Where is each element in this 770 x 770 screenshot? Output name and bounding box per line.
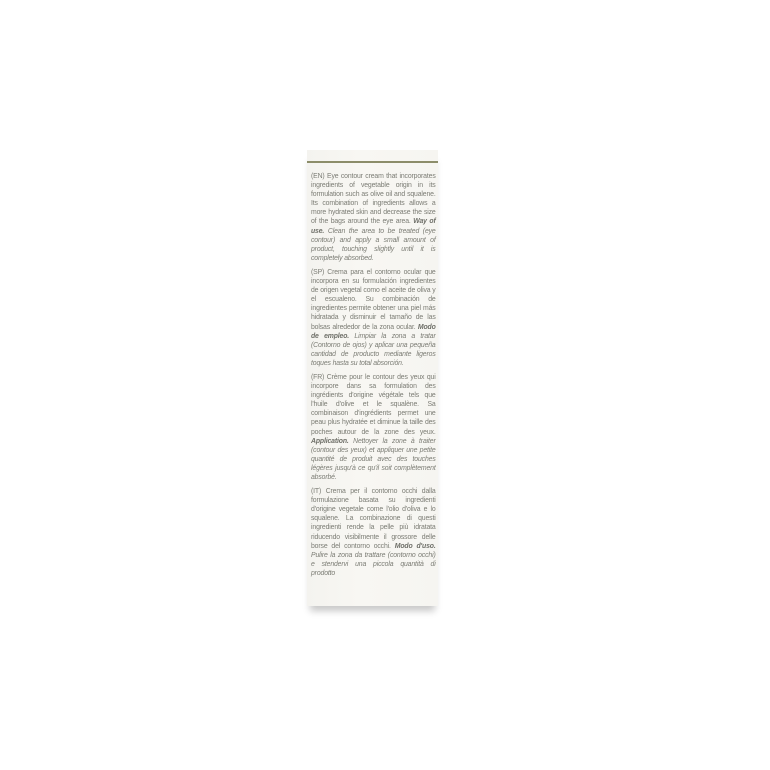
product-box-side-panel: (EN) Eye contour cream that incorporates…	[307, 150, 438, 606]
section-fr-description: (FR) Crème pour le contour des yeux qui …	[311, 372, 436, 436]
section-en-usage-text: Clean the area to be treated (eye contou…	[311, 226, 436, 262]
section-fr: (FR) Crème pour le contour des yeux qui …	[311, 372, 436, 481]
section-it: (IT) Crema per il contorno occhi dalla f…	[311, 486, 436, 577]
section-sp: (SP) Crema para el contorno ocular que i…	[311, 267, 436, 367]
section-fr-usage-heading: Application.	[311, 436, 349, 445]
product-photo-stage: (EN) Eye contour cream that incorporates…	[0, 0, 770, 770]
multilingual-description: (EN) Eye contour cream that incorporates…	[311, 171, 436, 582]
section-en: (EN) Eye contour cream that incorporates…	[311, 171, 436, 262]
accent-divider-line	[307, 161, 438, 163]
section-it-usage-text: Pulire la zona da trattare (contorno occ…	[311, 550, 436, 577]
section-it-usage-heading: Modo d'uso.	[395, 541, 436, 550]
